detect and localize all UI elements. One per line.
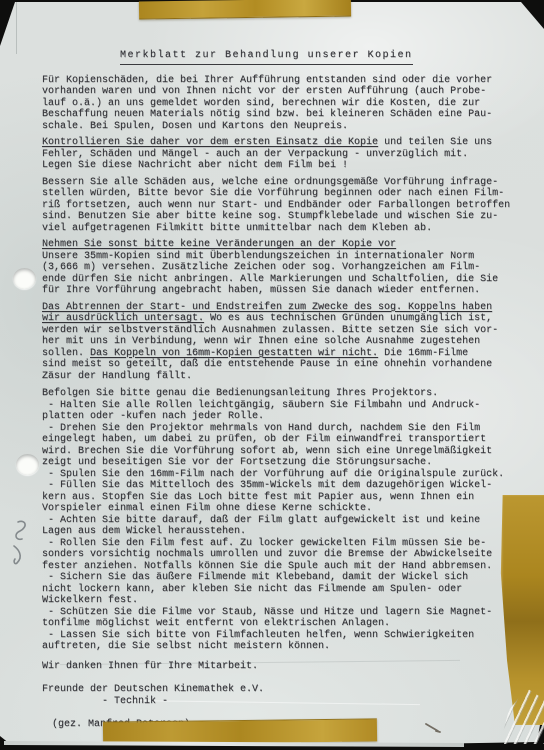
document-line: sollen. Das Koppeln von 16mm-Kopien gest… xyxy=(42,348,510,360)
document-line: - Sichern Sie das äußere Filmende mit Kl… xyxy=(42,572,510,584)
document-line: auftreten, die Sie selbst nicht meistern… xyxy=(42,641,510,653)
document-line: nicht lockern kann, aber kleben Sie nich… xyxy=(42,584,510,596)
title-text: Merkblatt zur Behandlung unserer Kopien xyxy=(120,50,413,65)
document-line: Legen Sie diese Nachricht aber nicht dem… xyxy=(42,160,510,172)
para-bessern: Bessern Sie alle Schäden aus, welche ein… xyxy=(42,177,510,235)
document-line: tonfilme möglichst weit entfernt von ele… xyxy=(42,618,510,630)
document-line: - Rollen Sie den Film fest auf. Zu locke… xyxy=(42,538,510,550)
document-line: fester anziehen. Notfalls können Sie die… xyxy=(42,561,510,573)
document-title: Merkblatt zur Behandlung unserer Kopien xyxy=(120,50,510,65)
text-segment: auftreten, die Sie selbst nicht meistern… xyxy=(42,641,330,652)
text-segment: Beschaffung neuen Materials nötig sind b… xyxy=(42,109,492,120)
document-line: - Füllen Sie das Mittelloch des 35mm-Wic… xyxy=(42,480,510,492)
para-kontrollieren: Kontrollieren Sie daher vor dem ersten E… xyxy=(42,137,510,172)
text-segment: (3,666 m) versehen. Zusätzliche Zeichen … xyxy=(42,262,480,273)
underlined-text: Kontrollieren Sie daher vor dem ersten E… xyxy=(42,137,378,148)
underlined-text: Das Abtrennen der Start- und Endstreifen… xyxy=(42,302,492,313)
document-line: sonders vorsichtig nochmals umrollen und… xyxy=(42,549,510,561)
text-segment: ende dürfen Sie nicht anbringen. Alle Ma… xyxy=(42,274,498,285)
document-line: riß fortsetzen, auch wenn nur Start- und… xyxy=(42,200,510,212)
text-segment: wird. Brechen Sie die Vorführung sofort … xyxy=(42,446,492,457)
underlined-text: Das Koppeln von 16mm-Kopien gestatten wi… xyxy=(90,348,378,359)
document-line: viel aufgetragenen Filmkitt bitte unmitt… xyxy=(42,223,510,235)
document-line: kern aus. Stopfen Sie das Loch bitte fes… xyxy=(42,492,510,504)
adhesive-tape-top xyxy=(139,0,351,19)
text-segment: Lagen aus dem Wickel herausstehen. xyxy=(42,526,246,537)
text-segment: - Rollen Sie den Film fest auf. Zu locke… xyxy=(42,538,486,549)
text-segment: tonfilme möglichst weit entfernt von ele… xyxy=(42,618,390,629)
text-segment: für Ihre Vorführung angebracht haben, mü… xyxy=(42,285,480,296)
document-line: ende dürfen Sie nicht anbringen. Alle Ma… xyxy=(42,274,510,286)
text-segment: Wickelkern fest. xyxy=(42,595,138,606)
document-line: Unsere 35mm-Kopien sind mit Überblendung… xyxy=(42,251,510,263)
text-segment: - Füllen Sie das Mittelloch des 35mm-Wic… xyxy=(42,480,492,491)
text-segment: sonders vorsichtig nochmals umrollen und… xyxy=(42,549,492,560)
document-line: für Ihre Vorführung angebracht haben, mü… xyxy=(42,285,510,297)
text-segment: schale. Bei Spulen, Dosen und Kartons de… xyxy=(42,121,348,132)
text-segment: Befolgen Sie bitte genau die Bedienungsa… xyxy=(42,388,438,399)
punch-hole-top xyxy=(13,268,36,289)
paragraphs: Für Kopienschäden, die bei Ihrer Aufführ… xyxy=(42,75,510,653)
document-line: eingelegt haben, um dabei zu prüfen, ob … xyxy=(42,434,510,446)
text-segment: - Schützen Sie die Filme vor Staub, Näss… xyxy=(42,607,492,618)
document-line: werden wir selbstverständlich Ausnahmen … xyxy=(42,325,510,337)
text-segment: sollen. xyxy=(42,348,90,359)
document-line: Für Kopienschäden, die bei Ihrer Aufführ… xyxy=(42,75,510,87)
sheet-edge-top-left xyxy=(16,2,17,54)
document-line: - Halten Sie alle Rollen leichtgängig, s… xyxy=(42,400,510,412)
document-line: Befolgen Sie bitte genau die Bedienungsa… xyxy=(42,388,510,400)
signature-organization: Freunde der Deutschen Kinemathek e.V. xyxy=(42,684,510,696)
document-line: Vorspieler einmal einen Film ohne diese … xyxy=(42,503,510,515)
document-line: Kontrollieren Sie daher vor dem ersten E… xyxy=(42,137,510,149)
closing-line: Wir danken Ihnen für Ihre Mitarbeit. xyxy=(42,661,510,673)
document-line: Fehler, Schäden und Mängel - auch an der… xyxy=(42,149,510,161)
text-segment: nicht lockern kann, aber kleben Sie nich… xyxy=(42,584,462,595)
document-line: sind meist so geteilt, daß die entstehen… xyxy=(42,359,510,371)
document-line: sind. Benutzen Sie aber bitte keine sog.… xyxy=(42,211,510,223)
document-line: platten oder -kufen nach jeder Rolle. xyxy=(42,411,510,423)
text-segment: Wo es aus technischen Gründen unumgängli… xyxy=(204,313,492,324)
document-line: (3,666 m) versehen. Zusätzliche Zeichen … xyxy=(42,262,510,274)
text-segment: zeigt und beseitigen Sie vor der Fortset… xyxy=(42,457,432,468)
text-segment: sind. Benutzen Sie aber bitte keine sog.… xyxy=(42,211,498,222)
document-line: - Lassen Sie sich bitte von Filmfachleut… xyxy=(42,630,510,642)
para-bedienungsanleitung: Befolgen Sie bitte genau die Bedienungsa… xyxy=(42,388,510,653)
text-segment: lauf o.ä.) an uns gemeldet worden sind, … xyxy=(42,98,480,109)
text-segment: viel aufgetragenen Filmkitt bitte unmitt… xyxy=(42,223,432,234)
text-segment: sind meist so geteilt, daß die entstehen… xyxy=(42,359,492,370)
document-line: stellen würden, Bitte bevor Sie die Vorf… xyxy=(42,188,510,200)
document-line: - Schützen Sie die Filme vor Staub, Näss… xyxy=(42,607,510,619)
document-line: Wickelkern fest. xyxy=(42,595,510,607)
text-segment: stellen würden, Bitte bevor Sie die Vorf… xyxy=(42,188,504,199)
document-line: lauf o.ä.) an uns gemeldet worden sind, … xyxy=(42,98,510,110)
document-line: wir ausdrücklich untersagt. Wo es aus te… xyxy=(42,313,510,325)
punch-hole-bottom xyxy=(16,454,39,475)
para-veraenderungen: Nehmen Sie sonst bitte keine Veränderung… xyxy=(42,239,510,297)
document-line: schale. Bei Spulen, Dosen und Kartons de… xyxy=(42,121,510,133)
underlying-sheet-edge xyxy=(4,741,464,747)
pencil-tick-mark xyxy=(424,722,442,734)
para-abtrennen: Das Abtrennen der Start- und Endstreifen… xyxy=(42,302,510,383)
text-segment: vorhanden waren und von Ihnen nicht vor … xyxy=(42,86,486,97)
scanned-paper-sheet: Merkblatt zur Behandlung unserer Kopien … xyxy=(0,2,544,746)
document-line: - Achten Sie bitte darauf, daß der Film … xyxy=(42,515,510,527)
underlined-text: wir ausdrücklich untersagt. xyxy=(42,313,204,324)
text-segment: - Sichern Sie das äußere Filmende mit Kl… xyxy=(42,572,468,583)
pencil-mark xyxy=(5,518,33,568)
document-line: vorhanden waren und von Ihnen nicht vor … xyxy=(42,86,510,98)
text-segment: her mit uns in Verbindung, wenn wir Ihne… xyxy=(42,336,480,347)
text-segment: platten oder -kufen nach jeder Rolle. xyxy=(42,411,264,422)
text-segment: - Drehen Sie den Projektor mehrmals von … xyxy=(42,423,480,434)
text-segment: - Achten Sie bitte darauf, daß der Film … xyxy=(42,515,480,526)
document-line: Bessern Sie alle Schäden aus, welche ein… xyxy=(42,177,510,189)
text-segment: Legen Sie diese Nachricht aber nicht dem… xyxy=(42,160,348,171)
text-segment: riß fortsetzen, auch wenn nur Start- und… xyxy=(42,200,510,211)
document-line: Das Abtrennen der Start- und Endstreifen… xyxy=(42,302,510,314)
text-segment: - Spulen Sie den 16mm-Film nach der Vorf… xyxy=(42,469,504,480)
text-segment: und teilen Sie uns xyxy=(378,137,492,148)
document-line: - Spulen Sie den 16mm-Film nach der Vorf… xyxy=(42,469,510,481)
document-line: - Drehen Sie den Projektor mehrmals von … xyxy=(42,423,510,435)
document-line: Nehmen Sie sonst bitte keine Veränderung… xyxy=(42,239,510,251)
document-line: Zäsur der Handlung fällt. xyxy=(42,371,510,383)
text-segment: Bessern Sie alle Schäden aus, welche ein… xyxy=(42,177,498,188)
document-line: Beschaffung neuen Materials nötig sind b… xyxy=(42,109,510,121)
document-line: zeigt und beseitigen Sie vor der Fortset… xyxy=(42,457,510,469)
text-segment: fester anziehen. Notfalls können Sie die… xyxy=(42,561,492,572)
text-segment: kern aus. Stopfen Sie das Loch bitte fes… xyxy=(42,492,474,503)
fold-crease-top-left xyxy=(2,0,62,7)
para-kopienschaeden: Für Kopienschäden, die bei Ihrer Aufführ… xyxy=(42,75,510,133)
text-segment: eingelegt haben, um dabei zu prüfen, ob … xyxy=(42,434,486,445)
document-line: Lagen aus dem Wickel herausstehen. xyxy=(42,526,510,538)
text-segment: werden wir selbstverständlich Ausnahmen … xyxy=(42,325,498,336)
text-segment: Vorspieler einmal einen Film ohne diese … xyxy=(42,503,372,514)
document-line: wird. Brechen Sie die Vorführung sofort … xyxy=(42,446,510,458)
underlined-text: Nehmen Sie sonst bitte keine Veränderung… xyxy=(42,239,396,250)
signature-department: - Technik - xyxy=(42,696,510,708)
text-segment: - Halten Sie alle Rollen leichtgängig, s… xyxy=(42,400,480,411)
text-segment: Für Kopienschäden, die bei Ihrer Aufführ… xyxy=(42,75,492,86)
document-line: her mit uns in Verbindung, wenn wir Ihne… xyxy=(42,336,510,348)
text-segment: Unsere 35mm-Kopien sind mit Überblendung… xyxy=(42,251,474,262)
text-segment: - Lassen Sie sich bitte von Filmfachleut… xyxy=(42,630,474,641)
text-segment: Zäsur der Handlung fällt. xyxy=(42,371,192,382)
text-segment: Fehler, Schäden und Mängel - auch an der… xyxy=(42,149,468,160)
document-body: Merkblatt zur Behandlung unserer Kopien … xyxy=(42,50,510,731)
text-segment: Die 16mm-Filme xyxy=(378,348,468,359)
